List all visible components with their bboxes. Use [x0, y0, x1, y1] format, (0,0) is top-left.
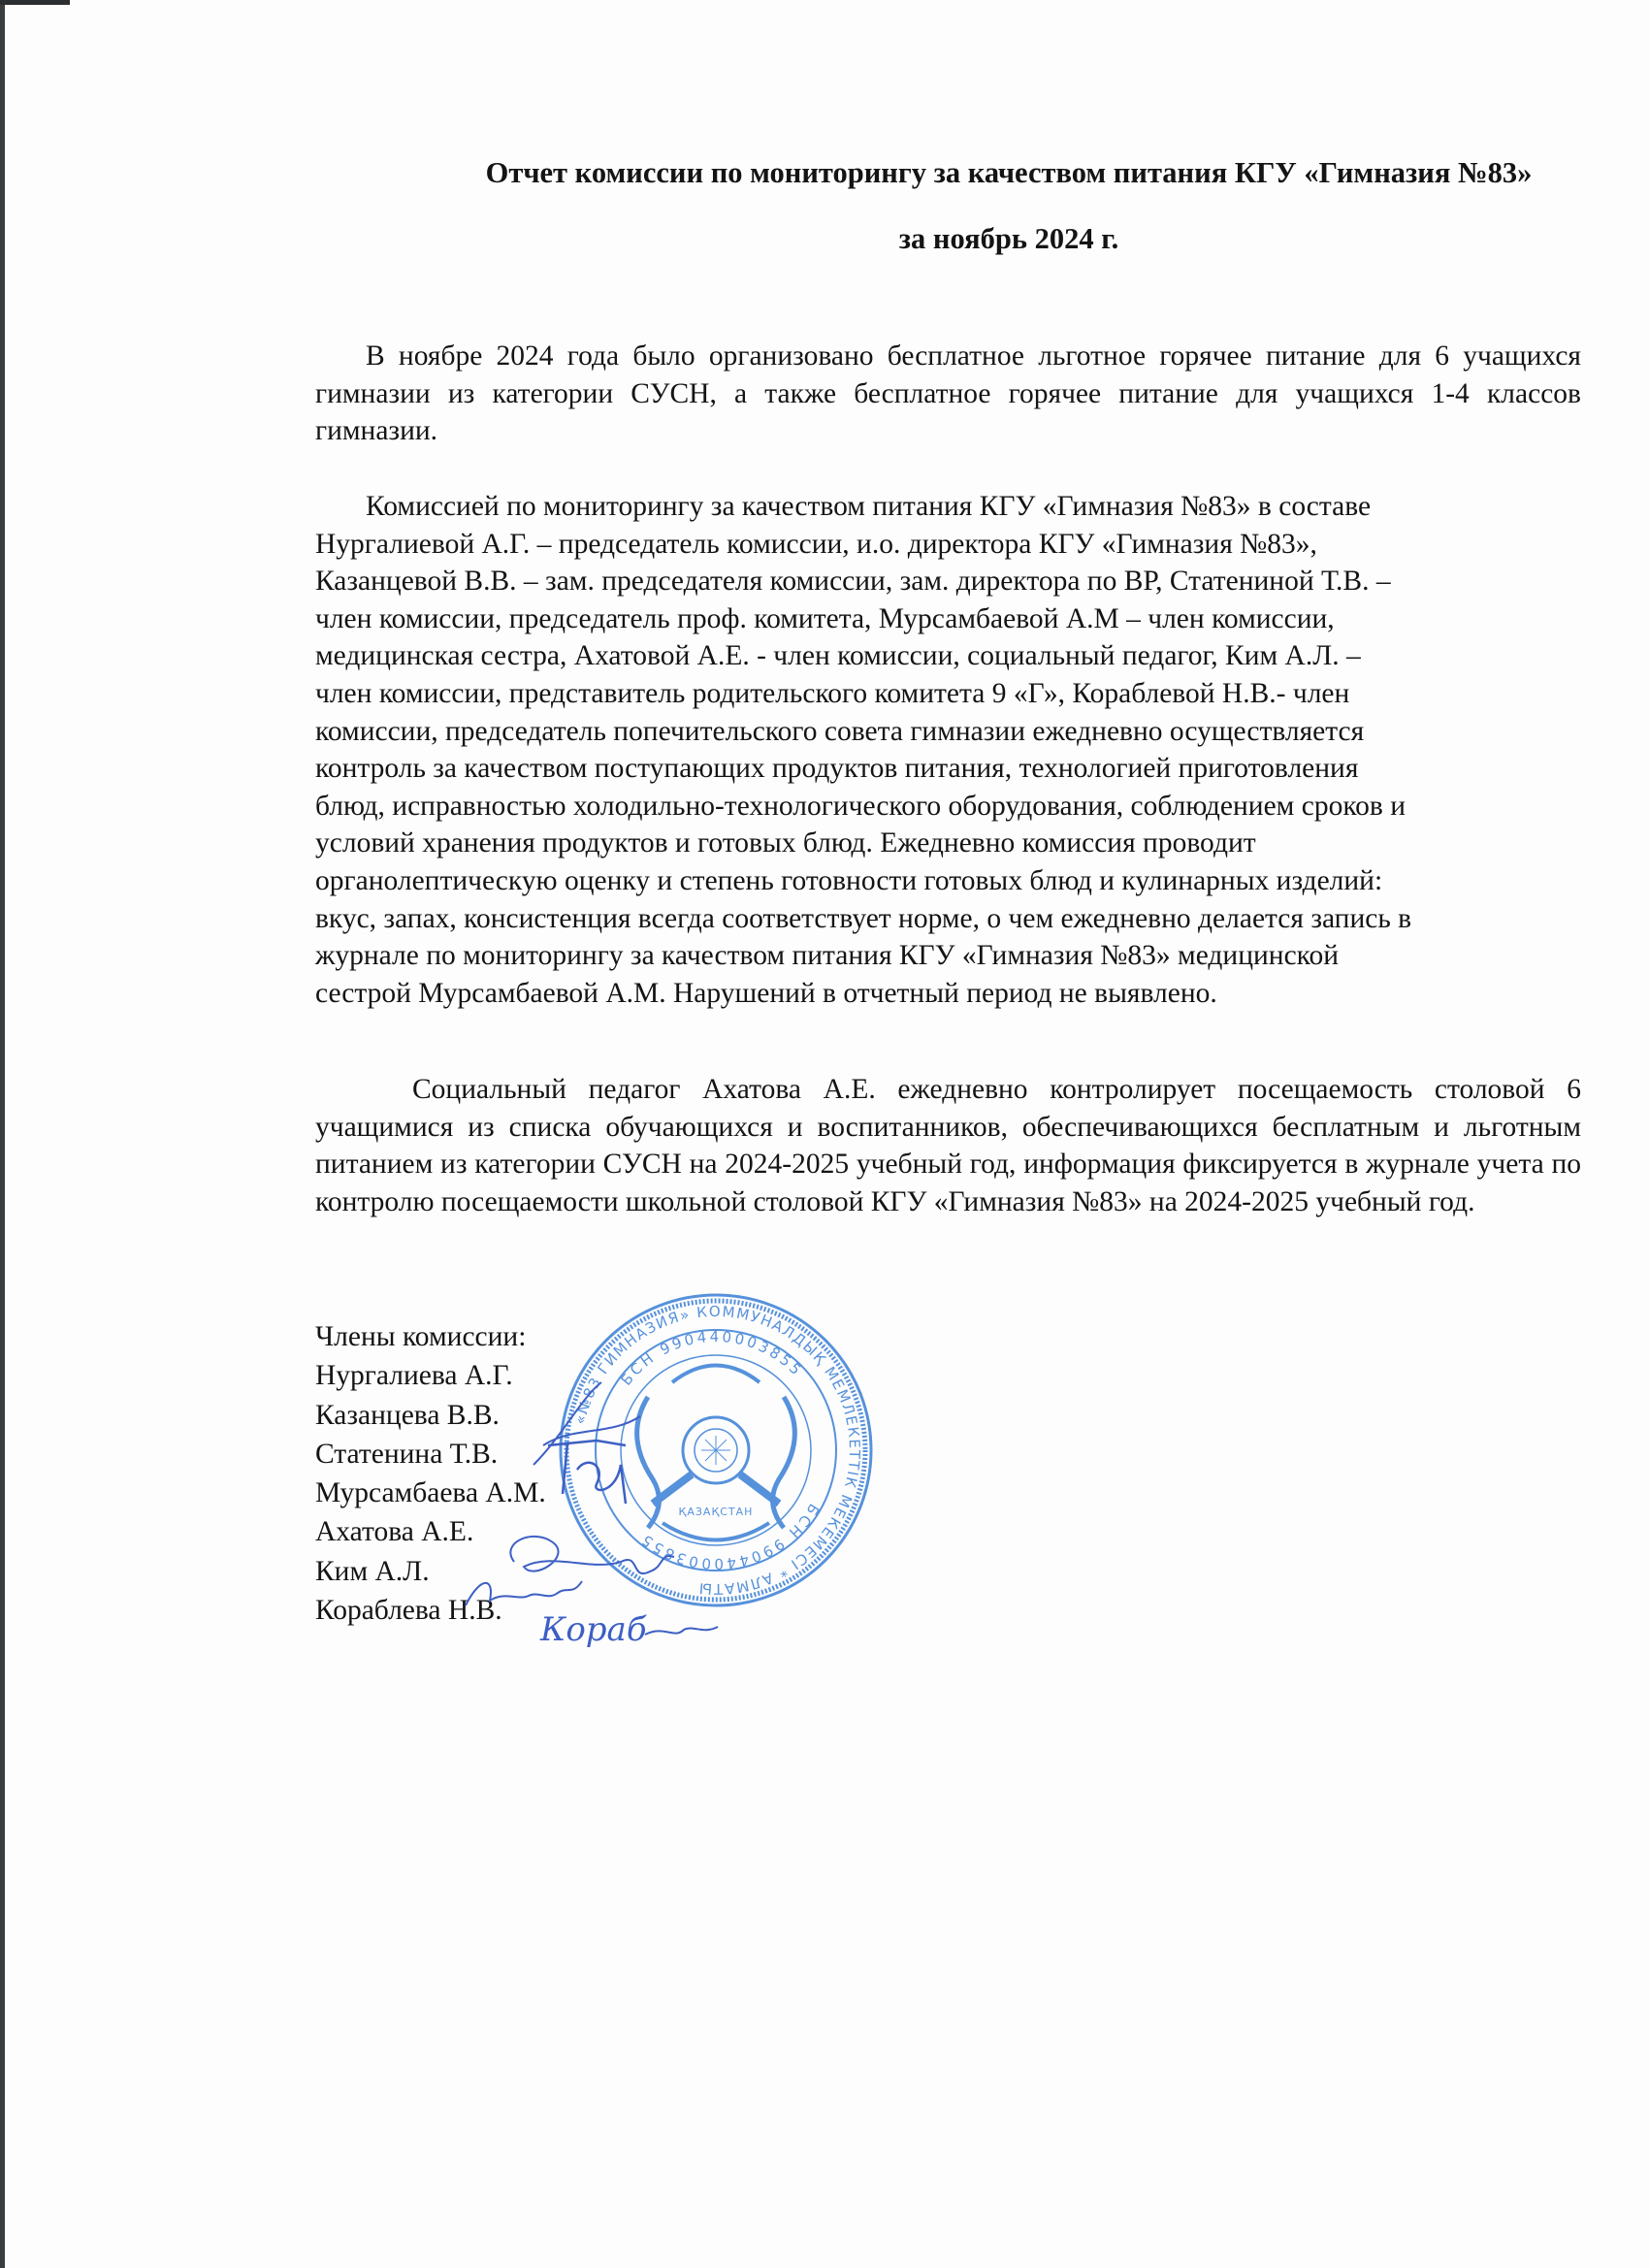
signature-korableva: Кораб — [538, 1605, 723, 1664]
paragraph-line: член комиссии, представитель родительско… — [315, 675, 1605, 713]
paragraph-line: медицинская сестра, Ахатовой А.Е. - член… — [315, 637, 1605, 675]
scan-edge-left — [0, 0, 5, 2268]
paragraph-line: член комиссии, председатель проф. комите… — [315, 600, 1605, 638]
report-period: за ноябрь 2024 г. — [291, 219, 1649, 258]
member-name: Мурсамбаева А.М. — [315, 1474, 546, 1512]
svg-text:Кораб: Кораб — [539, 1610, 647, 1649]
paragraph-line: Казанцевой В.В. – зам. председателя коми… — [315, 563, 1605, 600]
paragraph-line: Комиссией по мониторингу за качеством пи… — [315, 488, 1605, 526]
members-heading: Члены комиссии: — [315, 1317, 546, 1356]
paragraph-line: условий хранения продуктов и готовых блю… — [315, 825, 1605, 862]
paragraph-line: органолептическую оценку и степень готов… — [315, 862, 1605, 900]
paragraph-attendance-control: Социальный педагог Ахатова А.Е. ежедневн… — [315, 1071, 1581, 1220]
paragraph-line: Нургалиевой А.Г. – председатель комиссии… — [315, 526, 1605, 564]
paragraph-line: контроль за качеством поступающих продук… — [315, 750, 1605, 788]
paragraph-line: журнале по мониторингу за качеством пита… — [315, 937, 1605, 975]
scan-edge-top — [0, 0, 70, 5]
signature-statenina — [538, 1426, 645, 1513]
paragraph-line: вкус, запах, консистенция всегда соответ… — [315, 900, 1605, 938]
member-name: Казанцева В.В. — [315, 1396, 546, 1435]
member-name: Статенина Т.В. — [315, 1435, 546, 1474]
member-name: Нургалиева А.Г. — [315, 1356, 546, 1395]
paragraph-commission-composition: Комиссией по мониторингу за качеством пи… — [315, 488, 1605, 1012]
paragraph-line: комиссии, председатель попечительского с… — [315, 713, 1605, 751]
paragraph-line: сестрой Мурсамбаевой А.М. Нарушений в от… — [315, 975, 1605, 1013]
svg-text:ҚАЗАҚСТАН: ҚАЗАҚСТАН — [679, 1506, 754, 1518]
paragraph-meal-organization: В ноябре 2024 года было организовано бес… — [315, 338, 1581, 450]
paragraph-line: блюд, исправностью холодильно-технологич… — [315, 788, 1605, 826]
report-title: Отчет комиссии по мониторингу за качеств… — [291, 153, 1649, 192]
